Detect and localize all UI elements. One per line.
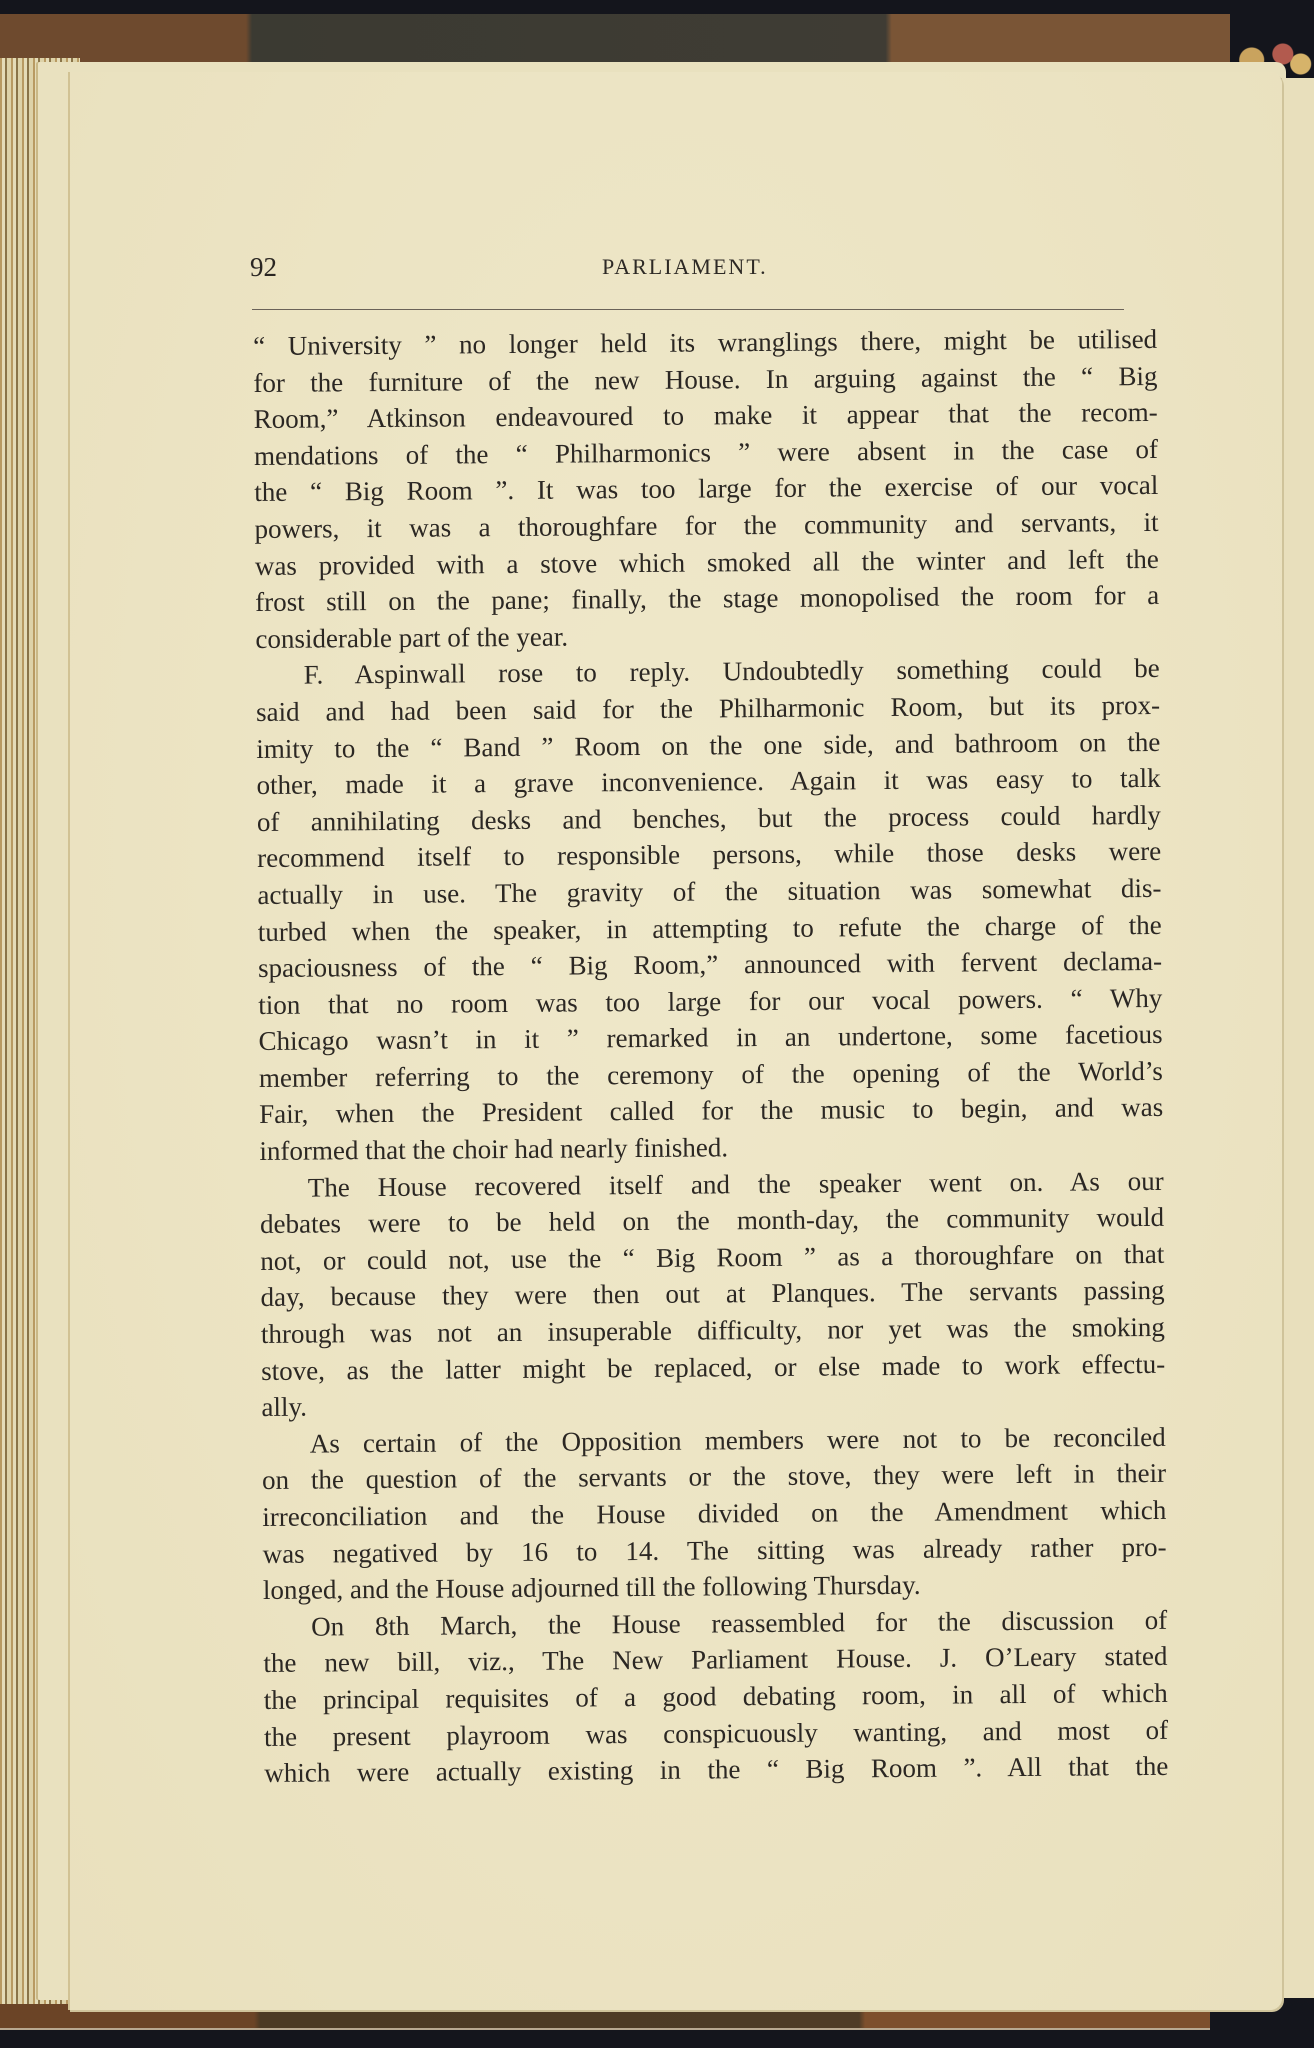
- text-line: actually in use. The gravity of the situ…: [257, 870, 1161, 914]
- running-head-title: PARLIAMENT.: [602, 254, 768, 280]
- text-line: Fair, when the President called for the …: [259, 1089, 1163, 1133]
- page-number: 92: [250, 252, 277, 283]
- next-page-edge: [1280, 78, 1314, 1998]
- text-line: stove, as the latter might be replaced, …: [261, 1345, 1165, 1389]
- header-rule: [252, 309, 1124, 310]
- running-head: 92 PARLIAMENT.: [250, 252, 1130, 288]
- text-line: frost still on the pane; finally, the st…: [255, 577, 1159, 621]
- body-text: “ University ” no longer held its wrangl…: [253, 321, 1168, 1792]
- text-line: which were actually existing in the “ Bi…: [264, 1748, 1168, 1792]
- text-line: was negatived by 16 to 14. The sitting w…: [262, 1528, 1166, 1572]
